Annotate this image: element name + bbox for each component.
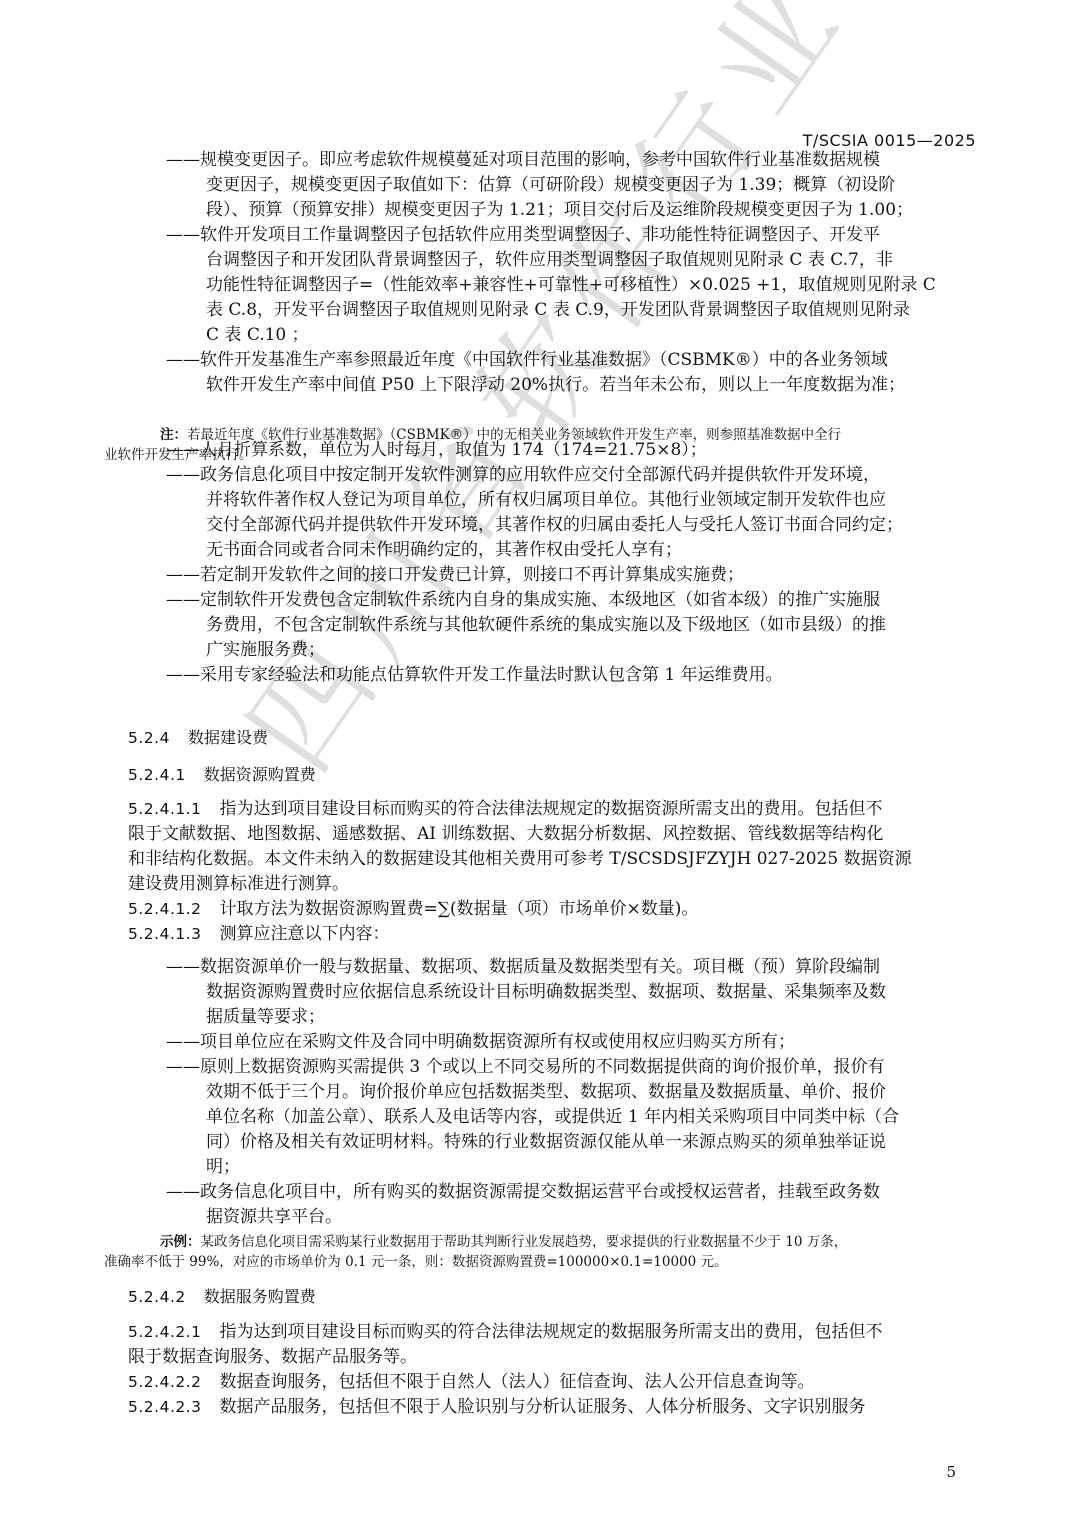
list-item: ——采用专家经验法和功能点估算软件开发工作量法时默认包含第 1 年运维费用。: [166, 663, 783, 687]
clause-5-2-4-1-1-cont: 限于文献数据、地图数据、遥感数据、AI 训练数据、大数据分析数据、风控数据、管线…: [128, 822, 883, 846]
list-item-continuation: 效期不低于三个月。询价报价单应包括数据类型、数据项、数据量及数据质量、单价、报价: [206, 1080, 886, 1104]
document-page: 四川省软件行业协会 T/SCSIA 0015—2025 ——规模变更因子。即应考…: [0, 0, 1080, 1528]
section-heading-5-2-4-2: 5.2.4.2数据服务购置费: [128, 1285, 316, 1309]
list-item: ——软件开发项目工作量调整因子包括软件应用类型调整因子、非功能性特征调整因子、开…: [166, 223, 880, 247]
clause-5-2-4-1-1-cont: 和非结构化数据。本文件未纳入的数据建设其他相关费用可参考 T/SCSDSJFZY…: [128, 847, 912, 871]
list-item: ——项目单位应在采购文件及合同中明确数据资源所有权或使用权应归购买方所有；: [166, 1030, 795, 1054]
list-item: ——定制软件开发费包含定制软件系统内自身的集成实施、本级地区（如省本级）的推广实…: [166, 588, 880, 612]
clause-5-2-4-1-1-cont: 建设费用测算标准进行测算。: [128, 872, 349, 896]
list-item: ——政务信息化项目中按定制开发软件测算的应用软件应交付全部源代码并提供软件开发环…: [166, 463, 880, 487]
clause-5-2-4-1-1: 5.2.4.1.1指为达到项目建设目标而购买的符合法律法规规定的数据资源所需支出…: [128, 797, 883, 821]
list-item-continuation: 据资源共享平台。: [206, 1205, 342, 1229]
list-item-continuation: 软件开发生产率中间值 P50 上下限浮动 20%执行。若当年未公布，则以上一年度…: [206, 373, 905, 397]
list-item: ——人月折算系数，单位为人时每月，取值为 174（174=21.75×8）；: [166, 438, 707, 462]
list-item-continuation: 台调整因子和开发团队背景调整因子，软件应用类型调整因子取值规则见附录 C 表 C…: [206, 248, 893, 272]
list-item-continuation: 广实施服务费；: [206, 638, 325, 662]
example-label: 示例：: [160, 1234, 201, 1250]
list-item-continuation: 变更因子，规模变更因子取值如下：估算（可研阶段）规模变更因子为 1.39；概算（…: [206, 173, 895, 197]
list-item-continuation: 数据资源购置费时应依据信息系统设计目标明确数据类型、数据项、数据量、采集频率及数: [206, 980, 886, 1004]
clause-5-2-4-2-3: 5.2.4.2.3数据产品服务，包括但不限于人脸识别与分析认证服务、人体分析服务…: [128, 1395, 866, 1419]
list-item: ——若定制开发软件之间的接口开发费已计算，则接口不再计算集成实施费；: [166, 563, 744, 587]
clause-5-2-4-2-2: 5.2.4.2.2数据查询服务，包括但不限于自然人（法人）征信查询、法人公开信息…: [128, 1370, 815, 1394]
list-item-continuation: 同）价格及相关有效证明材料。特殊的行业数据资源仅能从单一来源点购买的须单独举证说: [206, 1130, 886, 1154]
list-item: ——规模变更因子。即应考虑软件规模蔓延对项目范围的影响，参考中国软件行业基准数据…: [166, 148, 880, 172]
clause-5-2-4-1-3: 5.2.4.1.3测算应注意以下内容：: [128, 922, 390, 946]
clause-5-2-4-2-1-cont: 限于数据查询服务、数据产品服务等。: [128, 1345, 417, 1369]
list-item-continuation: 并将软件著作权人登记为项目单位，所有权归属项目单位。其他行业领域定制开发软件也应: [206, 488, 886, 512]
list-item: ——原则上数据资源购买需提供 3 个或以上不同交易所的不同数据提供商的询价报价单…: [166, 1055, 885, 1079]
clause-5-2-4-1-2: 5.2.4.1.2计取方法为数据资源购置费=∑(数据量（项）市场单价×数量)。: [128, 897, 698, 921]
list-item-continuation: 无书面合同或者合同未作明确约定的，其著作权由受托人享有；: [206, 538, 682, 562]
list-item-continuation: 交付全部源代码并提供软件开发环境，其著作权的归属由委托人与受托人签订书面合同约定…: [206, 513, 903, 537]
list-item: ——数据资源单价一般与数据量、数据项、数据质量及数据类型有关。项目概（预）算阶段…: [166, 955, 880, 979]
list-item-continuation: 务费用，不包含定制软件系统与其他软硬件系统的集成实施以及下级地区（如市县级）的推: [206, 613, 886, 637]
example-line-2: 准确率不低于 99%，对应的市场单价为 0.1 元一条，则：数据资源购置费=10…: [104, 1252, 728, 1272]
list-item: ——软件开发基准生产率参照最近年度《中国软件行业基准数据》（CSBMK®）中的各…: [166, 348, 888, 372]
page-number: 5: [946, 1463, 956, 1481]
section-heading-5-2-4-1: 5.2.4.1数据资源购置费: [128, 763, 316, 787]
section-heading-5-2-4: 5.2.4数据建设费: [128, 726, 268, 750]
list-item-continuation: 功能性特征调整因子=（性能效率+兼容性+可靠性+可移植性）×0.025 +1，取…: [206, 273, 936, 297]
list-item-continuation: 据质量等要求；: [206, 1005, 325, 1029]
list-item: ——政务信息化项目中，所有购买的数据资源需提交数据运营平台或授权运营者，挂载至政…: [166, 1180, 880, 1204]
list-item-continuation: C 表 C.10 ；: [206, 323, 309, 347]
clause-5-2-4-2-1: 5.2.4.2.1指为达到项目建设目标而购买的符合法律法规规定的数据服务所需支出…: [128, 1320, 883, 1344]
example-line-1: 示例：某政务信息化项目需采购某行业数据用于帮助其判断行业发展趋势，要求提供的行业…: [160, 1232, 847, 1252]
list-item-continuation: 段）、预算（预算安排）规模变更因子为 1.21；项目交付后及运维阶段规模变更因子…: [206, 198, 913, 222]
list-item-continuation: 明；: [206, 1155, 240, 1179]
list-item-continuation: 表 C.8，开发平台调整因子取值规则见附录 C 表 C.9，开发团队背景调整因子…: [206, 298, 910, 322]
list-item-continuation: 单位名称（加盖公章）、联系人及电话等内容，或提供近 1 年内相关采购项目中同类中…: [206, 1105, 899, 1129]
